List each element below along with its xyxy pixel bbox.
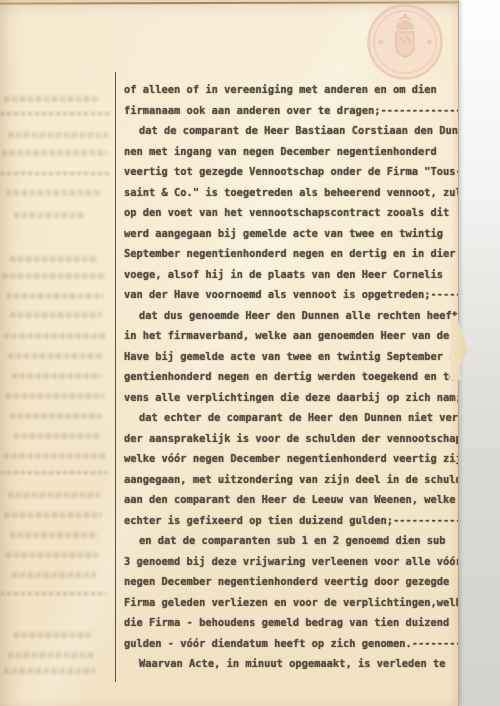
bleed-line [2,150,108,156]
document-line: der aansprakelijk is voor de schulden de… [124,429,458,450]
document-line: werd aangegaan bij gemelde acte van twee… [124,224,458,245]
document-line: gulden - vóór diendatum heeft op zich ge… [124,634,458,655]
paper-page: of alleen of in vereeniging met anderen … [0,0,459,706]
bleed-line [4,668,96,674]
bleed-line [14,433,100,439]
document-line: negen December negentienhonderd veertig … [124,572,458,593]
bleed-line [6,393,104,399]
bleed-line [0,471,108,474]
document-line: voege, alsof hij in de plaats van den He… [124,265,458,286]
margin-rule-line [115,72,116,682]
document-line: aan den comparant den Heer de Leeuw van … [124,490,458,511]
document-line: nen met ingang van negen December negent… [124,142,458,163]
document-line: vens alle verplichtingen die deze daarbi… [124,388,458,409]
document-line: gentienhonderd negen en dertig werden to… [124,367,458,388]
deed-text-block: of alleen of in vereeniging met anderen … [124,80,458,680]
document-line: op den voet van het vennootschapscontrac… [124,203,458,224]
bleed-line [2,273,106,279]
bleed-line [10,312,102,318]
document-line: in het firmaverband, welke aan genoemden… [124,326,458,347]
document-line: veertig tot gezegde Vennootschap onder d… [124,162,458,183]
document-line: dat echter de comparant de Heer den Dunn… [124,408,458,429]
embossed-crown-seal-icon [366,3,444,81]
bleed-line [0,592,106,595]
document-line: van der Have voornoemd als vennoot is op… [124,285,458,306]
bleed-line [6,552,98,558]
bleed-line [10,413,102,419]
bleed-line [8,652,94,658]
document-line: Waarvan Acte, in minuut opgemaakt, is ve… [124,654,458,675]
document-line: firmanaam ook aan anderen over te dragen… [124,101,458,122]
document-line: dat de comparant de Heer Bastiaan Corsti… [124,121,458,142]
document-line: of alleen of in vereeniging met anderen … [124,80,458,101]
verso-bleed-through [0,0,115,706]
bleed-line [14,632,92,638]
bleed-line [12,572,96,578]
document-line: Have bij gemelde acte van twee en twinti… [124,347,458,368]
bleed-line [6,190,102,196]
document-line: saint & Co." is toegetreden als beheeren… [124,183,458,204]
document-line: Firma geleden verliezen en voor de verpl… [124,593,458,614]
bleed-line [10,256,98,262]
bleed-line [8,353,104,359]
bleed-line [4,333,106,339]
bleed-line [4,96,100,102]
document-line: en dat de comparanten sub 1 en 2 genoemd… [124,531,458,552]
bleed-line [6,293,104,299]
bleed-line [10,532,98,538]
document-line: welke vóór negen December negentienhonde… [124,449,458,470]
document-line: September negentienhonderd negen en dert… [124,244,458,265]
bleed-line [8,492,100,498]
document-line: die Firma - behoudens gemeld bedrag van … [124,613,458,634]
document-line: aangegaan, met uitzondering van zijn dee… [124,470,458,491]
document-line: dat dus genoemde Heer den Dunnen alle re… [124,306,458,327]
bleed-line [4,453,106,459]
bleed-line [0,172,110,175]
bleed-line [14,212,84,218]
bleed-line [0,112,112,115]
bleed-line [8,132,108,138]
document-line: echter is gefixeerd op tien duizend guld… [124,511,458,532]
scanned-document: of alleen of in vereeniging met anderen … [0,0,500,706]
bleed-line [12,373,102,379]
bleed-line [4,512,102,518]
document-line: 3 genoemd bij deze vrijwaring verleenen … [124,552,458,573]
